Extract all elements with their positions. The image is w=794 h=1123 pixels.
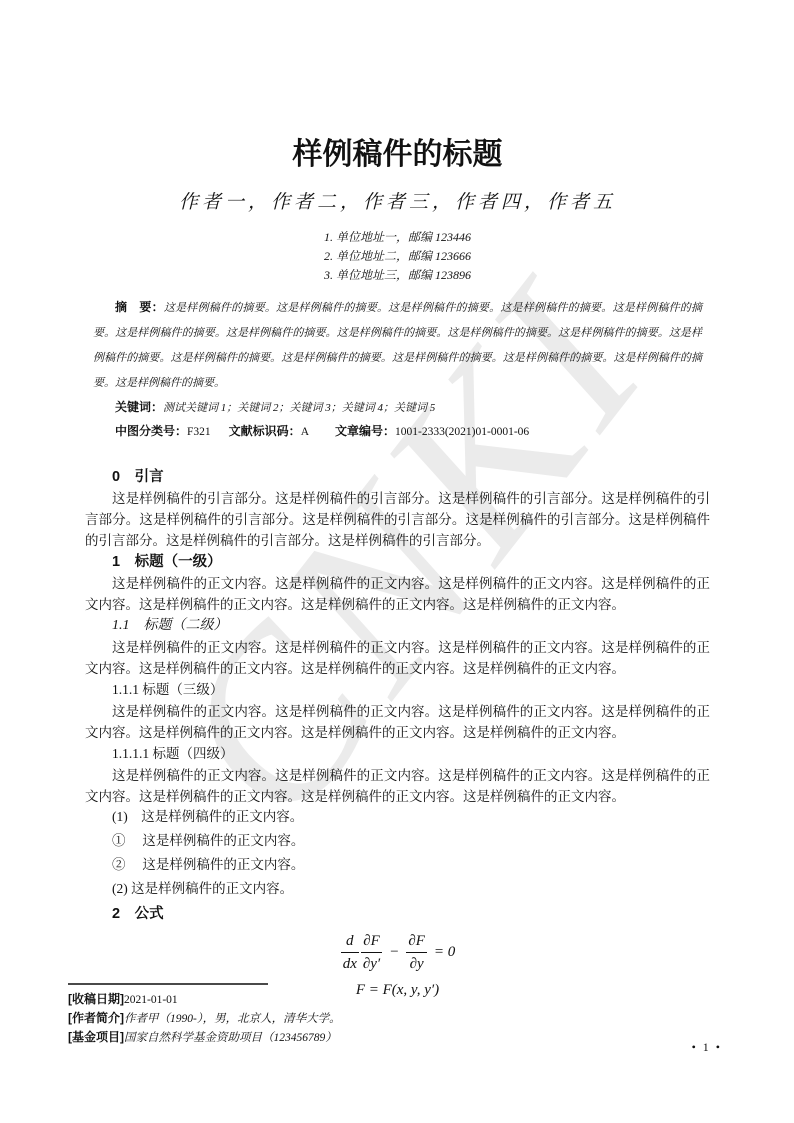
doc-code-label: 文献标识码： bbox=[229, 424, 301, 438]
abstract-text: 这是样例稿件的摘要。这是样例稿件的摘要。这是样例稿件的摘要。这是样例稿件的摘要。… bbox=[93, 302, 702, 389]
doc-code-value: A bbox=[301, 426, 309, 438]
article-id-value: 1001-2333(2021)01-0001-06 bbox=[395, 426, 529, 438]
footnote-label: [收稿日期] bbox=[68, 992, 124, 1006]
minus-operator: − bbox=[389, 944, 399, 960]
authors-line: 作者一，作者二，作者三，作者四，作者五 bbox=[85, 190, 710, 216]
section-heading-level2: 1.1 标题（二级） bbox=[85, 615, 710, 637]
footnote-text: 国家自然科学基金资助项目（123456789） bbox=[124, 1032, 337, 1044]
footnote-received-date: [收稿日期]2021-01-01 bbox=[68, 990, 341, 1009]
page-number: • 1 • bbox=[692, 1040, 722, 1055]
footnote-text: 2021-01-01 bbox=[124, 994, 178, 1006]
footnote-label: [作者简介] bbox=[68, 1011, 124, 1025]
section-body-level2: 这是样例稿件的正文内容。这是样例稿件的正文内容。这是样例稿件的正文内容。这是样例… bbox=[85, 637, 710, 679]
section-heading-level3: 1.1.1 标题（三级） bbox=[85, 679, 710, 701]
footnote-rule bbox=[68, 983, 268, 985]
affiliations-list: 1. 单位地址一，邮编 123446 2. 单位地址二，邮编 123666 3.… bbox=[85, 228, 710, 285]
section-body-level4: 这是样例稿件的正文内容。这是样例稿件的正文内容。这是样例稿件的正文内容。这是样例… bbox=[85, 765, 710, 807]
list-item: (1) 这是样例稿件的正文内容。 bbox=[85, 807, 710, 827]
paper-title: 样例稿件的标题 bbox=[85, 136, 710, 174]
affiliation-line: 3. 单位地址三，邮编 123896 bbox=[85, 266, 710, 285]
section-heading-intro: 0 引言 bbox=[85, 466, 710, 488]
footnote-funding: [基金项目]国家自然科学基金资助项目（123456789） bbox=[68, 1028, 341, 1047]
equals-zero: = 0 bbox=[434, 944, 455, 960]
section-body-level3: 这是样例稿件的正文内容。这是样例稿件的正文内容。这是样例稿件的正文内容。这是样例… bbox=[85, 701, 710, 743]
section-body-intro: 这是样例稿件的引言部分。这是样例稿件的引言部分。这是样例稿件的引言部分。这是样例… bbox=[85, 488, 710, 551]
affiliation-line: 1. 单位地址一，邮编 123446 bbox=[85, 228, 710, 247]
clc-label: 中图分类号： bbox=[115, 424, 187, 438]
abstract-paragraph: 摘 要：这是样例稿件的摘要。这是样例稿件的摘要。这是样例稿件的摘要。这是样例稿件… bbox=[85, 295, 710, 396]
footnote-label: [基金项目] bbox=[68, 1030, 124, 1044]
keywords-line: 关键词：测试关键词 1；关键词 2；关键词 3；关键词 4；关键词 5 bbox=[85, 396, 710, 420]
footnote-author-bio: [作者简介]作者甲（1990-），男，北京人，清华大学。 bbox=[68, 1009, 341, 1028]
keywords-label: 关键词： bbox=[115, 400, 163, 414]
list-item: ② 这是样例稿件的正文内容。 bbox=[85, 855, 710, 875]
footnotes-block: [收稿日期]2021-01-01 [作者简介]作者甲（1990-），男，北京人，… bbox=[68, 983, 341, 1047]
article-id-label: 文章编号： bbox=[335, 424, 395, 438]
document-page: CNKI 样例稿件的标题 作者一，作者二，作者三，作者四，作者五 1. 单位地址… bbox=[0, 0, 794, 1123]
footnote-text: 作者甲（1990-），男，北京人，清华大学。 bbox=[124, 1013, 341, 1025]
section-heading-formula: 2 公式 bbox=[85, 903, 710, 925]
fraction-d-dx: ddx bbox=[341, 931, 359, 974]
list-item: (2) 这是样例稿件的正文内容。 bbox=[85, 879, 710, 899]
fraction-dF-dy: ∂F∂y bbox=[406, 931, 427, 974]
classification-line: 中图分类号：F321文献标识码：A文章编号：1001-2333(2021)01-… bbox=[85, 420, 710, 444]
fraction-dF-dyprime: ∂F∂y′ bbox=[361, 931, 382, 974]
formula-euler-lagrange: ddx∂F∂y′−∂F∂y= 0 bbox=[85, 931, 710, 974]
keywords-text: 测试关键词 1；关键词 2；关键词 3；关键词 4；关键词 5 bbox=[163, 402, 435, 414]
paper-content: 样例稿件的标题 作者一，作者二，作者三，作者四，作者五 1. 单位地址一，邮编 … bbox=[0, 0, 794, 1000]
clc-value: F321 bbox=[187, 426, 211, 438]
section-heading-level1: 1 标题（一级） bbox=[85, 551, 710, 573]
list-item: ① 这是样例稿件的正文内容。 bbox=[85, 831, 710, 851]
section-heading-level4: 1.1.1.1 标题（四级） bbox=[85, 743, 710, 765]
section-body-level1: 这是样例稿件的正文内容。这是样例稿件的正文内容。这是样例稿件的正文内容。这是样例… bbox=[85, 573, 710, 615]
abstract-label: 摘 要： bbox=[115, 300, 164, 314]
affiliation-line: 2. 单位地址二，邮编 123666 bbox=[85, 247, 710, 266]
